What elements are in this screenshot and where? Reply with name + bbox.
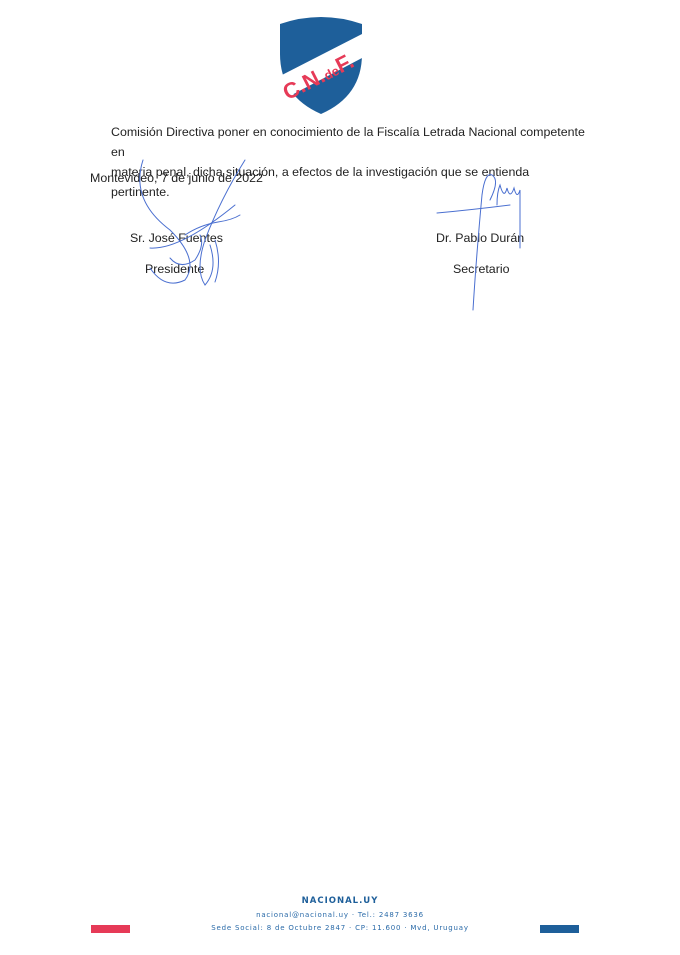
signatory-title-president: Presidente	[145, 262, 204, 276]
signatory-title-secretary: Secretario	[453, 262, 509, 276]
signatory-name-secretary: Dr. Pablo Durán	[436, 231, 524, 245]
body-paragraph: Comisión Directiva poner en conocimiento…	[111, 122, 591, 202]
signatory-name-president: Sr. José Fuentes	[130, 231, 223, 245]
date-line: Montevideo, 7 de junio de 2022	[90, 171, 263, 185]
footer-blue-bar	[540, 925, 579, 933]
footer-red-bar	[91, 925, 130, 933]
paragraph-line-1: Comisión Directiva poner en conocimiento…	[111, 122, 591, 162]
club-shield-logo: C.N.deF.	[276, 14, 366, 116]
footer-contact: nacional@nacional.uy · Tel.: 2487 3636	[0, 911, 680, 919]
footer-site: NACIONAL.UY	[0, 896, 680, 906]
